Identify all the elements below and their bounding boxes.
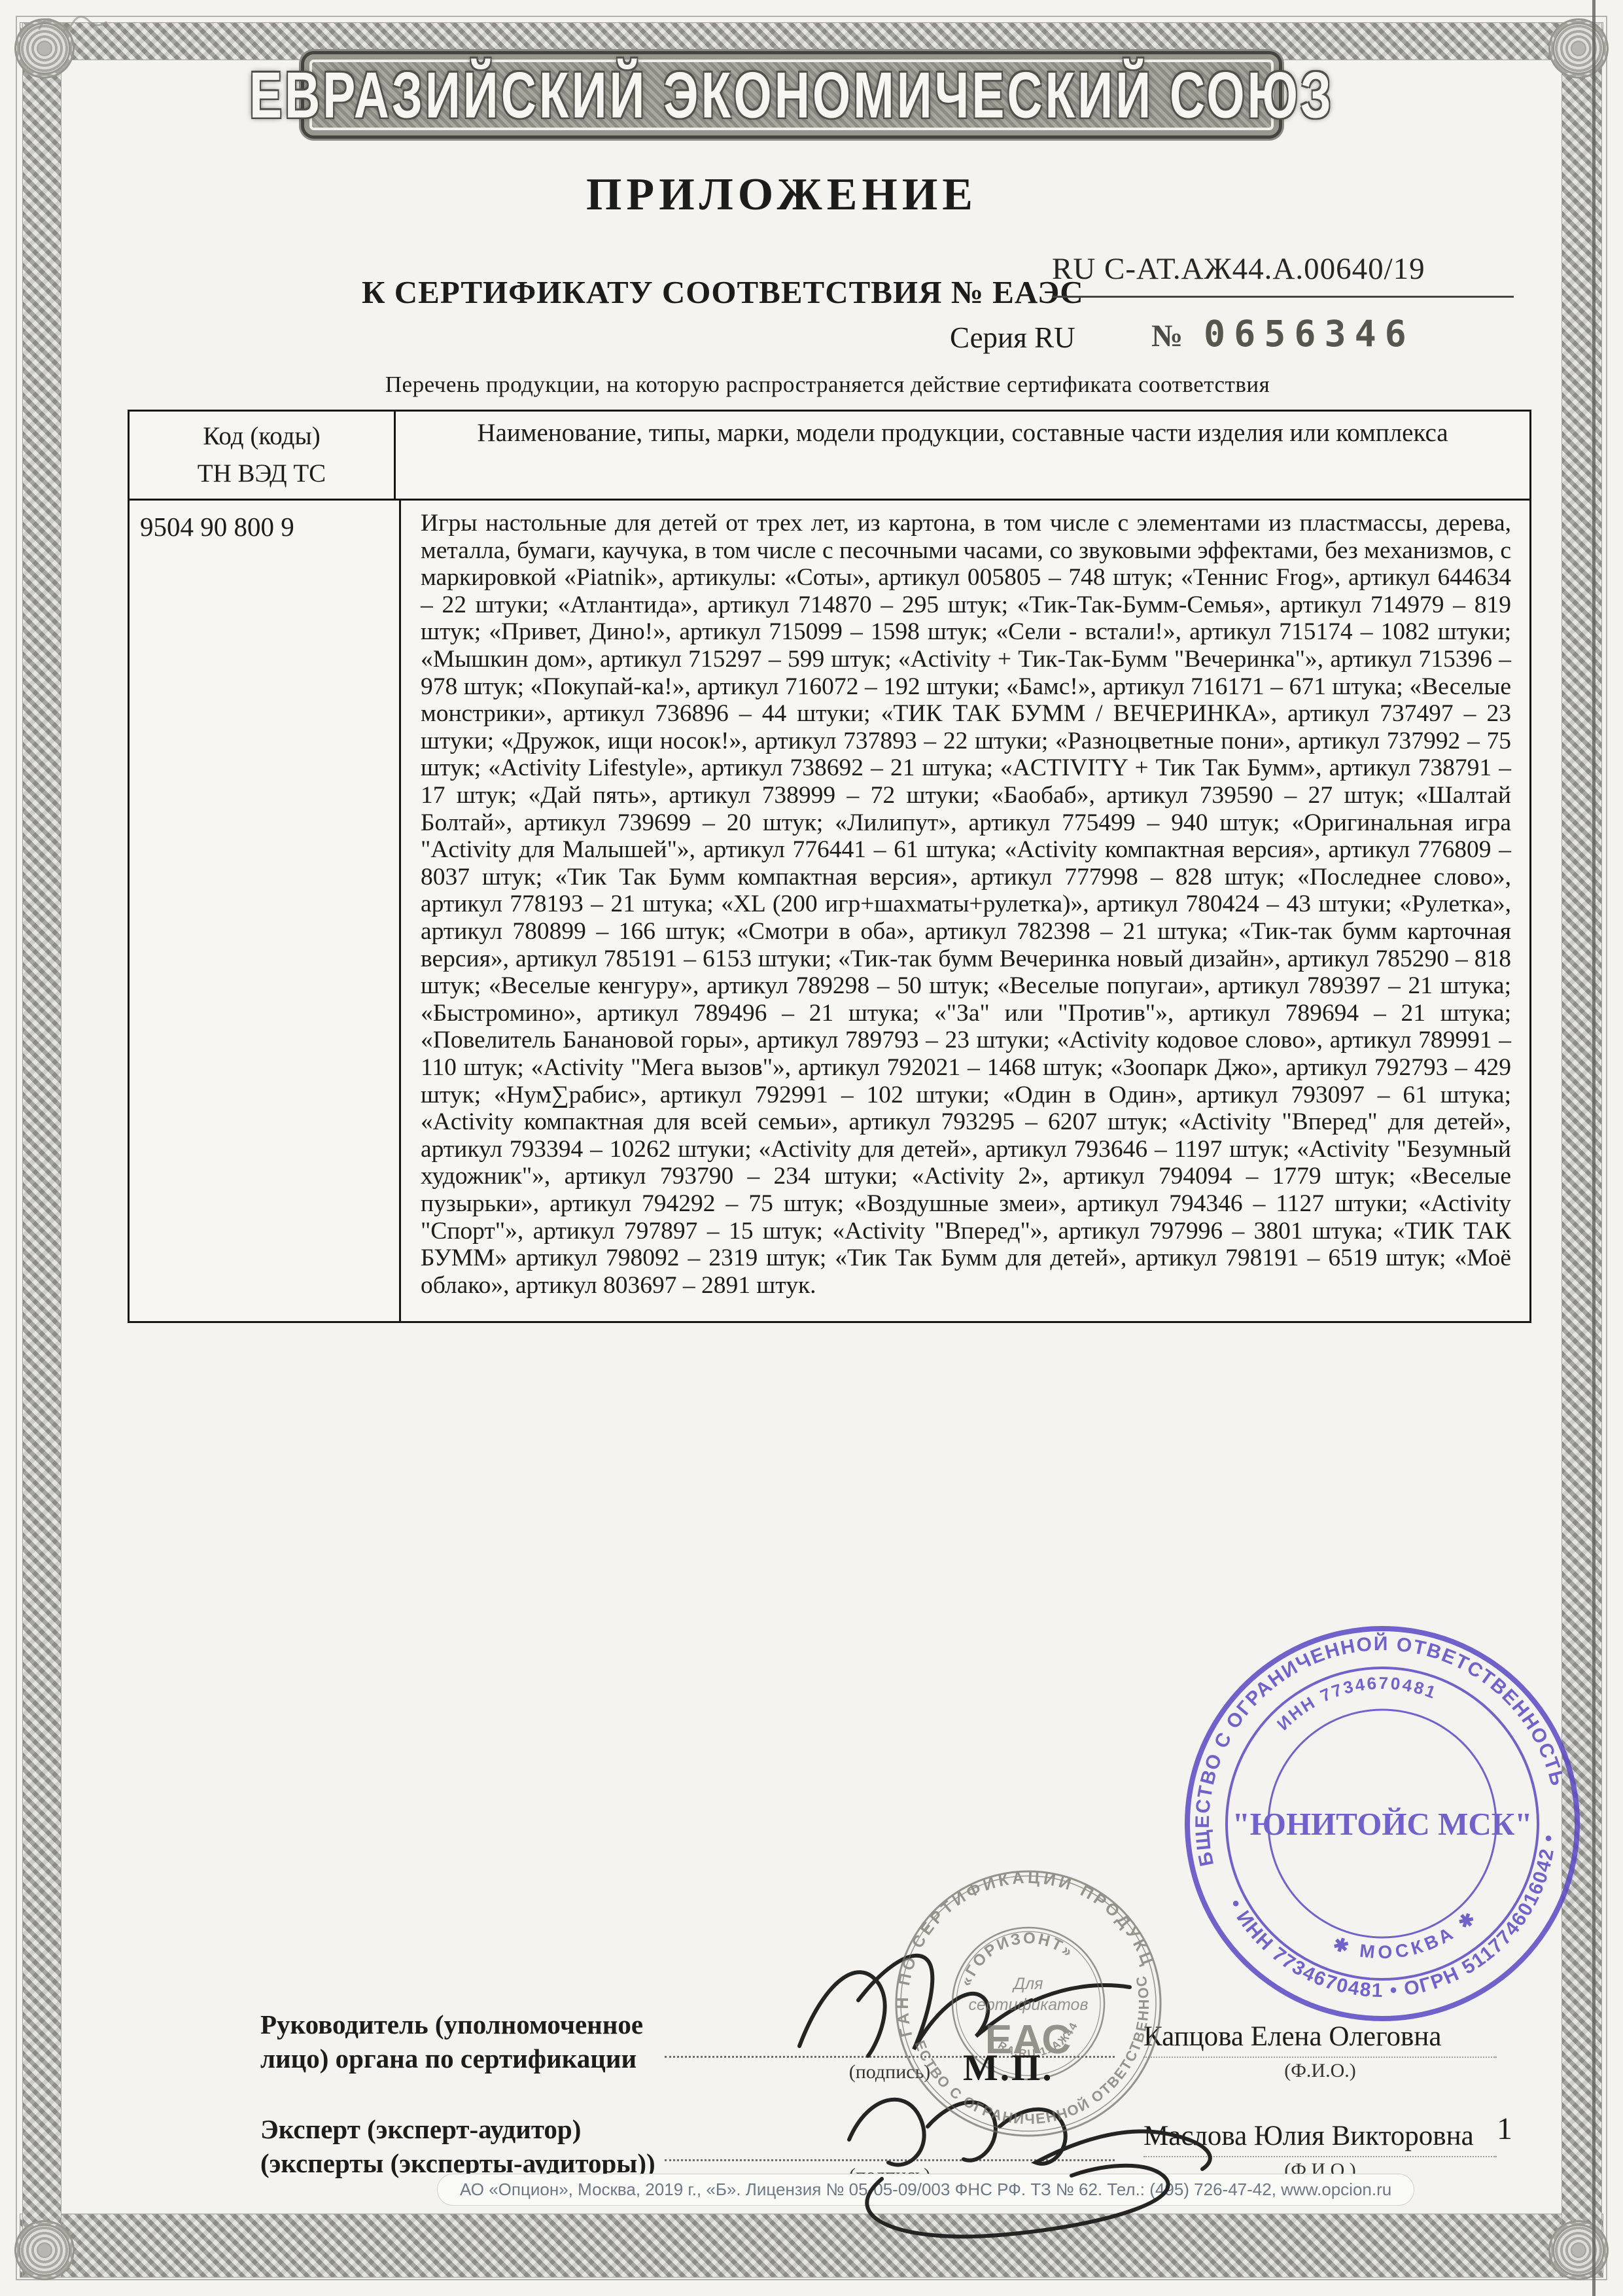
column-header-code: Код (коды) ТН ВЭД ТС <box>130 412 396 499</box>
border-ornament-left <box>22 22 61 2278</box>
series-label: Серия RU <box>950 321 1075 355</box>
column-header-description: Наименование, типы, марки, модели продук… <box>396 412 1529 499</box>
eaeu-banner: ЕВРАЗИЙСКИЙ ЭКОНОМИЧЕСКИЙ СОЮЗ <box>301 51 1282 139</box>
scan-edge-line <box>1592 0 1596 2296</box>
purple-stamp-ring-bottom: • ИНН 7734670481 • ОГРН 5117746016042 • <box>1223 1828 1586 2027</box>
certificate-page: ЕВРАЗИЙСКИЙ ЭКОНОМИЧЕСКИЙ СОЮЗ ПРИЛОЖЕНИ… <box>0 0 1623 2296</box>
head-of-body-label: Руководитель (уполномоченное лицо) орган… <box>260 2007 643 2076</box>
pencil-mark <box>34 3 126 42</box>
certificate-subtitle: К СЕРТИФИКАТУ СООТВЕТСТВИЯ № ЕАЭС <box>362 274 1084 311</box>
page-title: ПРИЛОЖЕНИЕ <box>128 169 1436 221</box>
svg-text:✱ МОСКВА ✱: ✱ МОСКВА ✱ <box>1327 1903 1486 1975</box>
purple-stamp-inner-top: ИНН 7734670481 <box>1268 1659 1444 1737</box>
stamp-place-label: М.П. <box>963 2047 1054 2089</box>
product-description: Игры настольные для детей от трех лет, и… <box>401 501 1529 1321</box>
page-number: 1 <box>1497 2111 1512 2147</box>
table-header-row: Код (коды) ТН ВЭД ТС Наименование, типы,… <box>130 412 1529 501</box>
expert-label: Эксперт (эксперт-аудитор) (эксперты (экс… <box>260 2112 655 2181</box>
corner-rosette-top-right <box>1548 18 1609 79</box>
product-list-caption: Перечень продукции, на которую распростр… <box>128 372 1527 398</box>
table-row: 9504 90 800 9 Игры настольные для детей … <box>130 501 1529 1321</box>
eaeu-banner-text: ЕВРАЗИЙСКИЙ ЭКОНОМИЧЕСКИЙ СОЮЗ <box>249 58 1334 132</box>
purple-stamp-inner-bottom: ✱ МОСКВА ✱ <box>1327 1903 1486 1975</box>
border-ornament-bottom <box>20 2214 1603 2278</box>
expert-signature <box>822 2047 1293 2250</box>
product-table: Код (коды) ТН ВЭД ТС Наименование, типы,… <box>128 410 1531 1323</box>
blank-number: 0656346 <box>1204 313 1415 355</box>
border-ornament-right <box>1562 22 1602 2278</box>
svg-text:ОБЩЕСТВО С ОГРАНИЧЕННОЙ ОТВЕТС: ОБЩЕСТВО С ОГРАНИЧЕННОЙ ОТВЕТСТВЕННОСТЬЮ <box>1179 1620 1570 1873</box>
svg-text:ИНН 7734670481: ИНН 7734670481 <box>1268 1659 1444 1737</box>
blank-number-sign: № <box>1151 318 1183 354</box>
certificate-number: RU С-АТ.АЖ44.А.00640/19 <box>1052 251 1514 298</box>
purple-stamp-center: "ЮНИТОЙС МСК" <box>1232 1806 1533 1842</box>
corner-rosette-bottom-right <box>1548 2220 1609 2280</box>
purple-stamp-ring-top: ОБЩЕСТВО С ОГРАНИЧЕННОЙ ОТВЕТСТВЕННОСТЬЮ <box>1179 1620 1570 1873</box>
svg-text:• ИНН 7734670481 • ОГРН 511774: • ИНН 7734670481 • ОГРН 5117746016042 • <box>1223 1828 1586 2027</box>
tnved-code: 9504 90 800 9 <box>130 501 401 1321</box>
holder-company-stamp: ОБЩЕСТВО С ОГРАНИЧЕННОЙ ОТВЕТСТВЕННОСТЬЮ… <box>1179 1620 1586 2027</box>
corner-rosette-bottom-left <box>14 2220 75 2280</box>
